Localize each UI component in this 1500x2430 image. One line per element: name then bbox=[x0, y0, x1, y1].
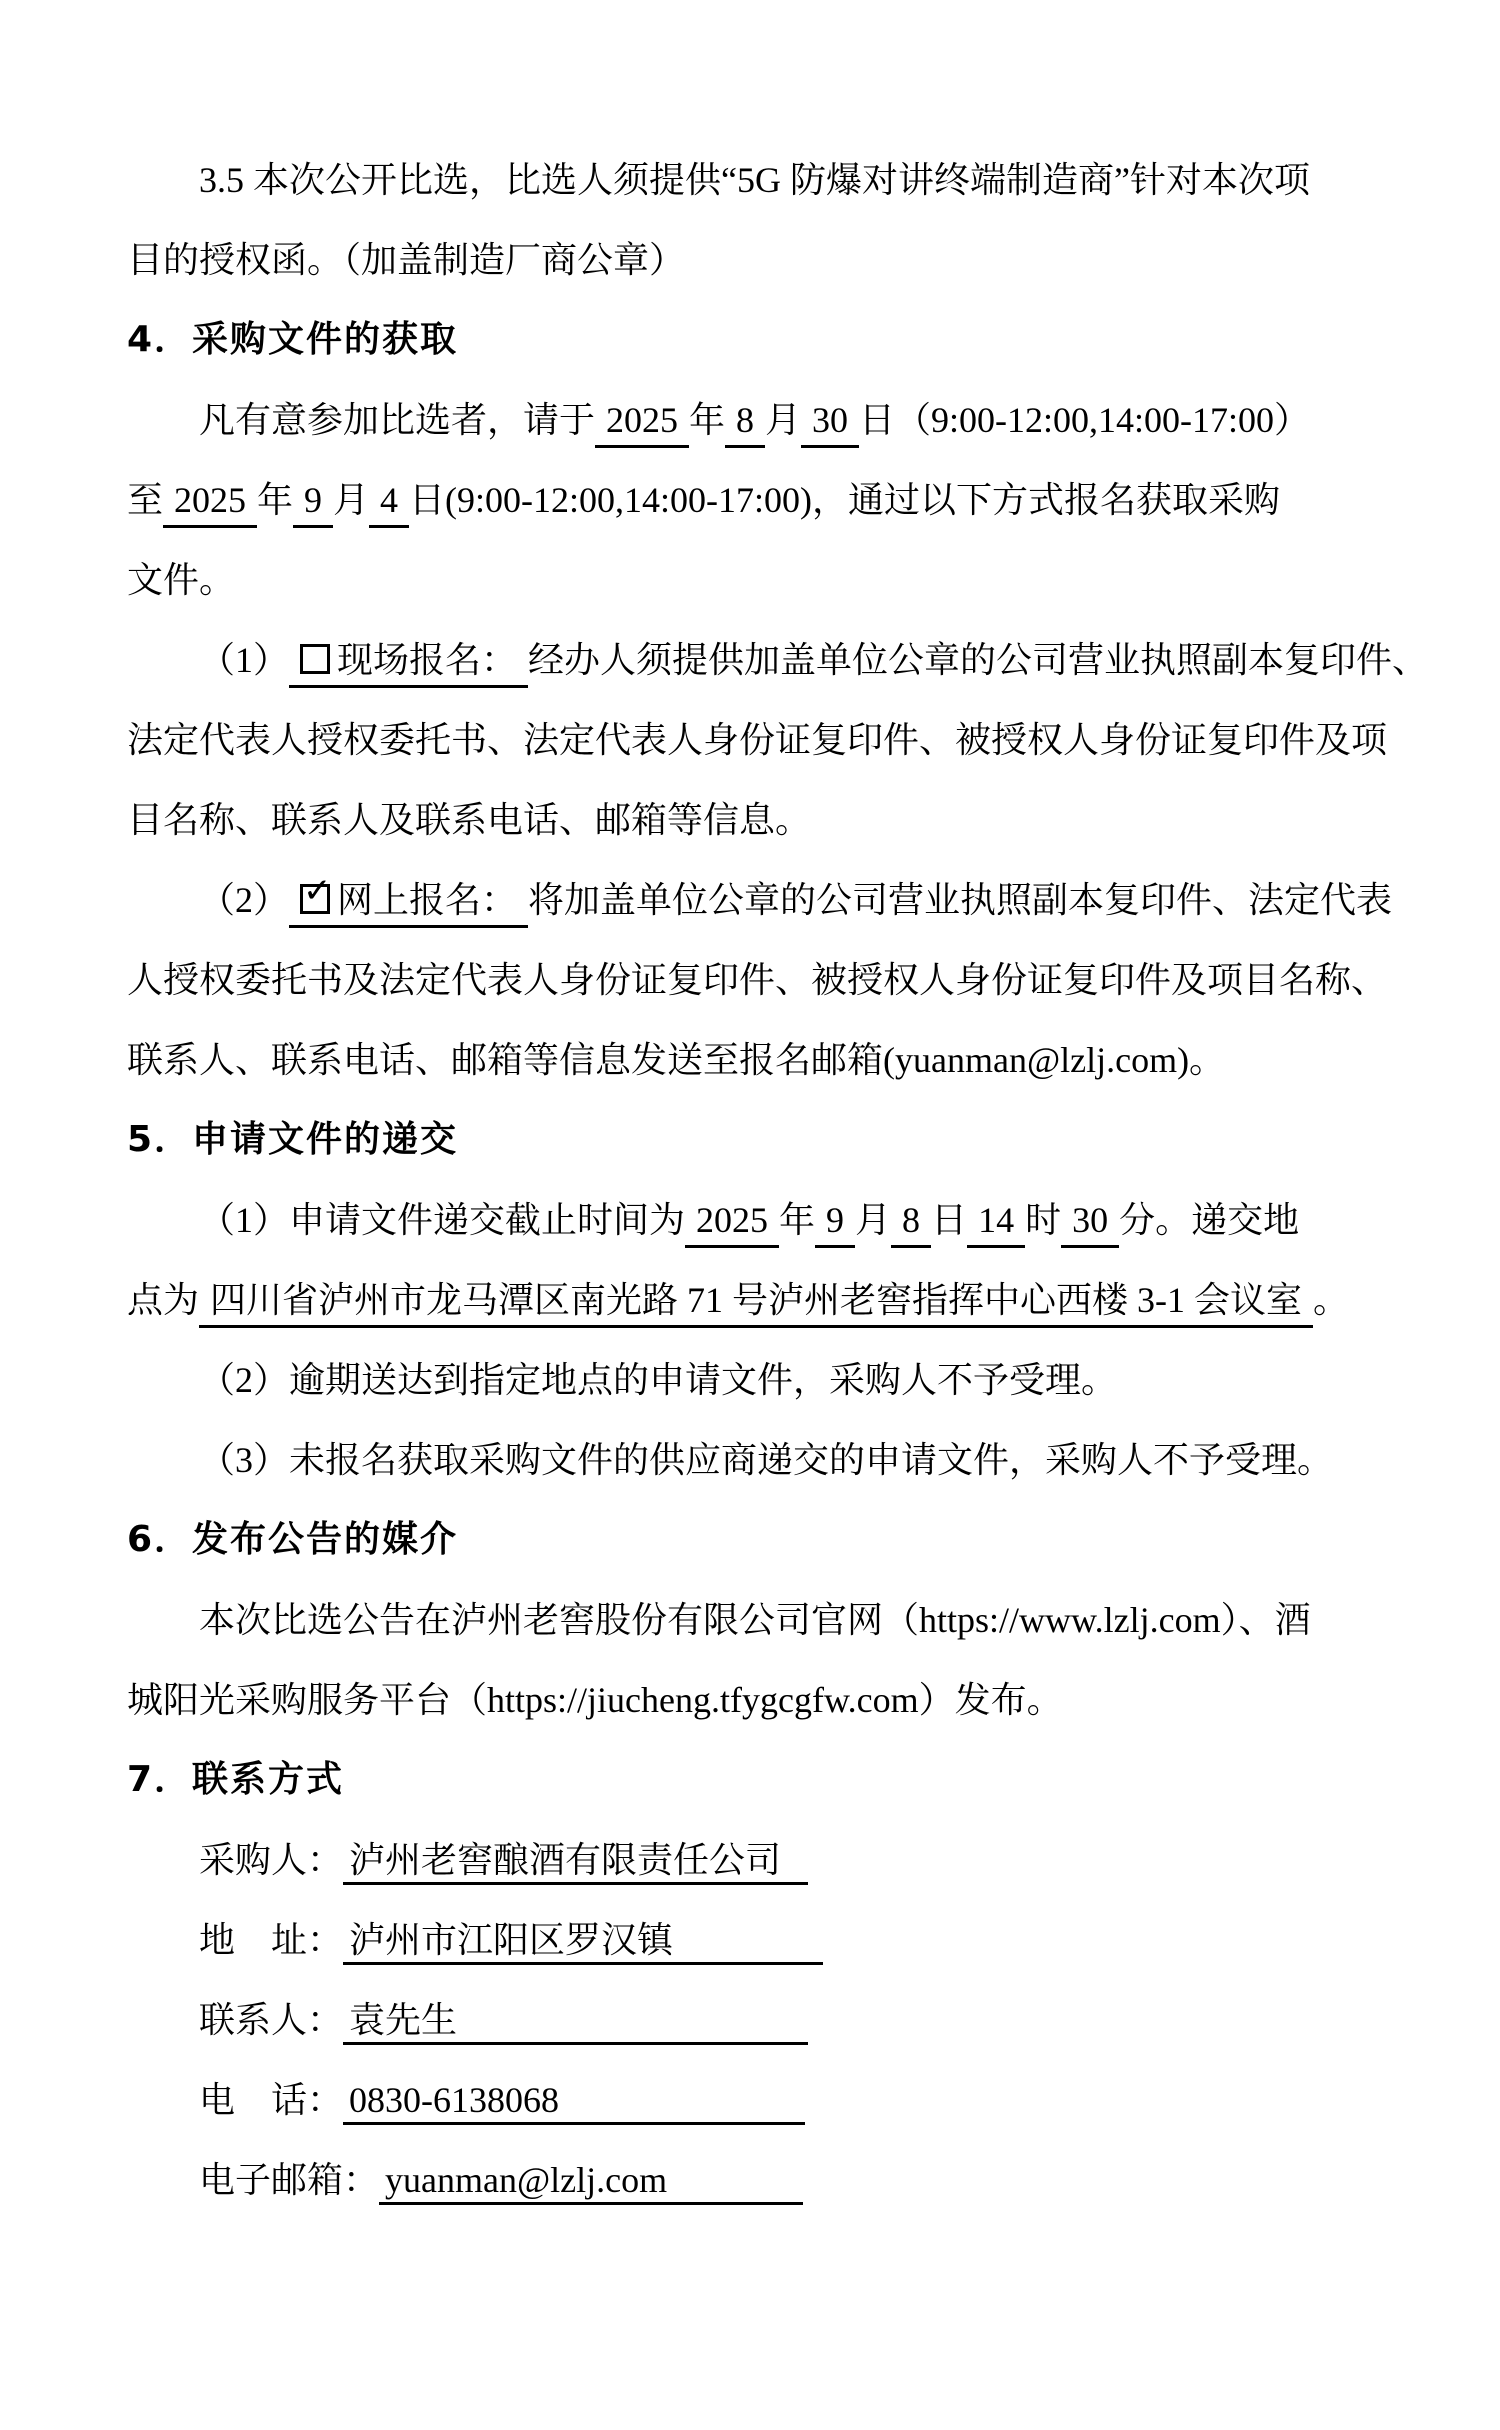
check-mark-icon: ✓ bbox=[303, 874, 332, 908]
text: 四川省泸州市龙马潭区南光路 71 号泸州老窖指挥中心西楼 3-1 会议室 bbox=[210, 1280, 1302, 1320]
text: 5．申请文件的递交 bbox=[127, 1119, 458, 1160]
text: 日（9:00-12:00,14:00-17:00） bbox=[859, 400, 1310, 440]
text: 联系人： bbox=[199, 2000, 343, 2040]
document-line: 城阳光采购服务平台（https://jiucheng.tfygcgfw.com）… bbox=[127, 1660, 1387, 1740]
text-segment: 年 bbox=[257, 480, 293, 520]
text: 目名称、联系人及联系电话、邮箱等信息。 bbox=[127, 800, 811, 840]
text-segment: 将加盖单位公章的公司营业执照副本复印件、法定代表 bbox=[528, 880, 1392, 920]
document-line: 采购人：泸州老窖酿酒有限责任公司 bbox=[127, 1820, 1387, 1900]
text: 目的授权函。（加盖制造厂商公章） bbox=[127, 240, 685, 280]
underlined-text: 30 bbox=[1061, 1195, 1119, 1248]
document-line: 至2025年9月4日(9:00-12:00,14:00-17:00)，通过以下方… bbox=[127, 460, 1387, 540]
text: 年 bbox=[257, 480, 293, 520]
text: 时 bbox=[1025, 1200, 1061, 1240]
text: （2）逾期送达到指定地点的申请文件，采购人不予受理。 bbox=[199, 1360, 1117, 1400]
underlined-text: 4 bbox=[369, 475, 409, 528]
text-segment: 目名称、联系人及联系电话、邮箱等信息。 bbox=[127, 800, 811, 840]
text: 分。递交地 bbox=[1119, 1200, 1299, 1240]
underlined-field: 0830-6138068 bbox=[343, 2075, 805, 2125]
empty-checkbox-icon bbox=[300, 644, 330, 674]
text-segment: （2） bbox=[199, 880, 289, 920]
text: 电 话： bbox=[199, 2080, 343, 2120]
text: 城阳光采购服务平台（https://jiucheng.tfygcgfw.com）… bbox=[127, 1680, 1063, 1720]
document-page: 3.5 本次公开比选，比选人须提供“5G 防爆对讲终端制造商”针对本次项目的授权… bbox=[0, 0, 1500, 2430]
document-line: （2）✓网上报名：将加盖单位公章的公司营业执照副本复印件、法定代表 bbox=[127, 860, 1387, 940]
text-segment: 日（9:00-12:00,14:00-17:00） bbox=[859, 400, 1310, 440]
text-segment: 日(9:00-12:00,14:00-17:00)，通过以下方式报名获取采购 bbox=[409, 480, 1280, 520]
text: 7．联系方式 bbox=[127, 1759, 344, 1800]
text: 9 bbox=[826, 1200, 844, 1240]
underlined-text: 9 bbox=[815, 1195, 855, 1248]
text-segment: 5．申请文件的递交 bbox=[127, 1119, 458, 1160]
text-segment: （1）申请文件递交截止时间为 bbox=[199, 1200, 685, 1240]
document-line: 人授权委托书及法定代表人身份证复印件、被授权人身份证复印件及项目名称、 bbox=[127, 940, 1387, 1020]
text-segment: （2）逾期送达到指定地点的申请文件，采购人不予受理。 bbox=[199, 1360, 1117, 1400]
text-segment: 联系人： bbox=[199, 2000, 343, 2040]
underlined-text: 2025 bbox=[163, 475, 257, 528]
text: 9 bbox=[304, 480, 322, 520]
text: （2） bbox=[199, 880, 289, 920]
text: 4．采购文件的获取 bbox=[127, 319, 458, 360]
text: 日(9:00-12:00,14:00-17:00)，通过以下方式报名获取采购 bbox=[409, 480, 1280, 520]
text: 月 bbox=[333, 480, 369, 520]
text-segment: 至 bbox=[127, 480, 163, 520]
text-segment: 3.5 本次公开比选，比选人须提供“5G 防爆对讲终端制造商”针对本次项 bbox=[199, 160, 1310, 200]
text-segment: 月 bbox=[855, 1200, 891, 1240]
underlined-text: 四川省泸州市龙马潭区南光路 71 号泸州老窖指挥中心西楼 3-1 会议室 bbox=[199, 1275, 1313, 1328]
text-segment: （3）未报名获取采购文件的供应商递交的申请文件，采购人不予受理。 bbox=[199, 1440, 1333, 1480]
text: 点为 bbox=[127, 1280, 199, 1320]
text: 8 bbox=[902, 1200, 920, 1240]
underlined-text: ✓网上报名： bbox=[289, 875, 528, 928]
underlined-text: 8 bbox=[891, 1195, 931, 1248]
text: （1）申请文件递交截止时间为 bbox=[199, 1200, 685, 1240]
document-body: 3.5 本次公开比选，比选人须提供“5G 防爆对讲终端制造商”针对本次项目的授权… bbox=[127, 140, 1387, 2220]
text-segment: 点为 bbox=[127, 1280, 199, 1320]
text: 日 bbox=[931, 1200, 967, 1240]
document-line: 法定代表人授权委托书、法定代表人身份证复印件、被授权人身份证复印件及项 bbox=[127, 700, 1387, 780]
text: 网上报名： bbox=[337, 880, 517, 920]
text: （1） bbox=[199, 640, 289, 680]
document-line: 文件。 bbox=[127, 540, 1387, 620]
document-line: 点为四川省泸州市龙马潭区南光路 71 号泸州老窖指挥中心西楼 3-1 会议室。 bbox=[127, 1260, 1387, 1340]
document-line: （3）未报名获取采购文件的供应商递交的申请文件，采购人不予受理。 bbox=[127, 1420, 1387, 1500]
text-segment: 联系人、联系电话、邮箱等信息发送至报名邮箱(yuanman@lzlj.com)。 bbox=[127, 1040, 1225, 1080]
underlined-field: 泸州老窖酿酒有限责任公司 bbox=[343, 1835, 808, 1885]
text: 地 址： bbox=[199, 1920, 343, 1960]
text: 年 bbox=[689, 400, 725, 440]
text-segment: 文件。 bbox=[127, 560, 235, 600]
text: 法定代表人授权委托书、法定代表人身份证复印件、被授权人身份证复印件及项 bbox=[127, 720, 1387, 760]
text-segment: （1） bbox=[199, 640, 289, 680]
underlined-text: 8 bbox=[725, 395, 765, 448]
text: 月 bbox=[855, 1200, 891, 1240]
text: 联系人、联系电话、邮箱等信息发送至报名邮箱(yuanman@lzlj.com)。 bbox=[127, 1040, 1225, 1080]
text: 30 bbox=[812, 400, 848, 440]
text: 现场报名： bbox=[337, 640, 517, 680]
document-line: （1）现场报名：经办人须提供加盖单位公章的公司营业执照副本复印件、 bbox=[127, 620, 1387, 700]
text: （3）未报名获取采购文件的供应商递交的申请文件，采购人不予受理。 bbox=[199, 1440, 1333, 1480]
text-segment: 目的授权函。（加盖制造厂商公章） bbox=[127, 240, 685, 280]
text: 凡有意参加比选者，请于 bbox=[199, 400, 595, 440]
text: 年 bbox=[779, 1200, 815, 1240]
text-segment: 年 bbox=[689, 400, 725, 440]
text: 文件。 bbox=[127, 560, 235, 600]
text-segment: 日 bbox=[931, 1200, 967, 1240]
section-heading: 5．申请文件的递交 bbox=[127, 1100, 1387, 1180]
document-line: （1）申请文件递交截止时间为2025年9月8日14时30分。递交地 bbox=[127, 1180, 1387, 1260]
text-segment: 7．联系方式 bbox=[127, 1759, 344, 1800]
document-line: 凡有意参加比选者，请于2025年8月30日（9:00-12:00,14:00-1… bbox=[127, 380, 1387, 460]
underlined-text: 2025 bbox=[685, 1195, 779, 1248]
text-segment: 4．采购文件的获取 bbox=[127, 319, 458, 360]
document-line: 目名称、联系人及联系电话、邮箱等信息。 bbox=[127, 780, 1387, 860]
text: 14 bbox=[978, 1200, 1014, 1240]
text: 0830-6138068 bbox=[349, 2080, 559, 2120]
text-segment: 城阳光采购服务平台（https://jiucheng.tfygcgfw.com）… bbox=[127, 1680, 1063, 1720]
text: 2025 bbox=[174, 480, 246, 520]
text-segment: 地 址： bbox=[199, 1920, 343, 1960]
text: 袁先生 bbox=[349, 2000, 457, 2040]
text: 经办人须提供加盖单位公章的公司营业执照副本复印件、 bbox=[528, 640, 1428, 680]
text-segment: 电 话： bbox=[199, 2080, 343, 2120]
text: 至 bbox=[127, 480, 163, 520]
text-segment: 年 bbox=[779, 1200, 815, 1240]
text-segment: 经办人须提供加盖单位公章的公司营业执照副本复印件、 bbox=[528, 640, 1428, 680]
text: 本次比选公告在泸州老窖股份有限公司官网（https://www.lzlj.com… bbox=[199, 1600, 1311, 1640]
text: 6．发布公告的媒介 bbox=[127, 1519, 458, 1560]
text-segment: 月 bbox=[765, 400, 801, 440]
text-segment: 凡有意参加比选者，请于 bbox=[199, 400, 595, 440]
section-heading: 4．采购文件的获取 bbox=[127, 300, 1387, 380]
section-heading: 7．联系方式 bbox=[127, 1740, 1387, 1820]
text-segment: 6．发布公告的媒介 bbox=[127, 1519, 458, 1560]
text: 人授权委托书及法定代表人身份证复印件、被授权人身份证复印件及项目名称、 bbox=[127, 960, 1387, 1000]
checked-checkbox-icon: ✓ bbox=[300, 884, 330, 914]
text-segment: 电子邮箱： bbox=[199, 2160, 379, 2200]
underlined-text: 9 bbox=[293, 475, 333, 528]
text-segment: 。 bbox=[1313, 1280, 1349, 1320]
text-segment: 时 bbox=[1025, 1200, 1061, 1240]
document-line: 目的授权函。（加盖制造厂商公章） bbox=[127, 220, 1387, 300]
text-segment: 分。递交地 bbox=[1119, 1200, 1299, 1240]
text-segment: 人授权委托书及法定代表人身份证复印件、被授权人身份证复印件及项目名称、 bbox=[127, 960, 1387, 1000]
document-line: 3.5 本次公开比选，比选人须提供“5G 防爆对讲终端制造商”针对本次项 bbox=[127, 140, 1387, 220]
document-line: 联系人：袁先生 bbox=[127, 1980, 1387, 2060]
text: 泸州老窖酿酒有限责任公司 bbox=[349, 1840, 781, 1880]
underlined-field: yuanman@lzlj.com bbox=[379, 2155, 803, 2205]
document-line: 地 址：泸州市江阳区罗汉镇 bbox=[127, 1900, 1387, 1980]
text: 采购人： bbox=[199, 1840, 343, 1880]
text: 将加盖单位公章的公司营业执照副本复印件、法定代表 bbox=[528, 880, 1392, 920]
underlined-text: 30 bbox=[801, 395, 859, 448]
underlined-field: 袁先生 bbox=[343, 1995, 808, 2045]
text: 。 bbox=[1313, 1280, 1349, 1320]
document-line: （2）逾期送达到指定地点的申请文件，采购人不予受理。 bbox=[127, 1340, 1387, 1420]
text: 2025 bbox=[696, 1200, 768, 1240]
text: 泸州市江阳区罗汉镇 bbox=[349, 1920, 673, 1960]
underlined-text: 14 bbox=[967, 1195, 1025, 1248]
text: 2025 bbox=[606, 400, 678, 440]
section-heading: 6．发布公告的媒介 bbox=[127, 1500, 1387, 1580]
text: 8 bbox=[736, 400, 754, 440]
underlined-text: 2025 bbox=[595, 395, 689, 448]
text-segment: 法定代表人授权委托书、法定代表人身份证复印件、被授权人身份证复印件及项 bbox=[127, 720, 1387, 760]
text: 30 bbox=[1072, 1200, 1108, 1240]
text-segment: 本次比选公告在泸州老窖股份有限公司官网（https://www.lzlj.com… bbox=[199, 1600, 1311, 1640]
document-line: 本次比选公告在泸州老窖股份有限公司官网（https://www.lzlj.com… bbox=[127, 1580, 1387, 1660]
text: 3.5 本次公开比选，比选人须提供“5G 防爆对讲终端制造商”针对本次项 bbox=[199, 160, 1310, 200]
text: 月 bbox=[765, 400, 801, 440]
underlined-text: 现场报名： bbox=[289, 635, 528, 688]
text: 电子邮箱： bbox=[199, 2160, 379, 2200]
text-segment: 采购人： bbox=[199, 1840, 343, 1880]
document-line: 电 话：0830-6138068 bbox=[127, 2060, 1387, 2140]
text: 4 bbox=[380, 480, 398, 520]
underlined-field: 泸州市江阳区罗汉镇 bbox=[343, 1915, 823, 1965]
text-segment: 月 bbox=[333, 480, 369, 520]
document-line: 电子邮箱：yuanman@lzlj.com bbox=[127, 2140, 1387, 2220]
text: yuanman@lzlj.com bbox=[385, 2160, 667, 2200]
document-line: 联系人、联系电话、邮箱等信息发送至报名邮箱(yuanman@lzlj.com)。 bbox=[127, 1020, 1387, 1100]
